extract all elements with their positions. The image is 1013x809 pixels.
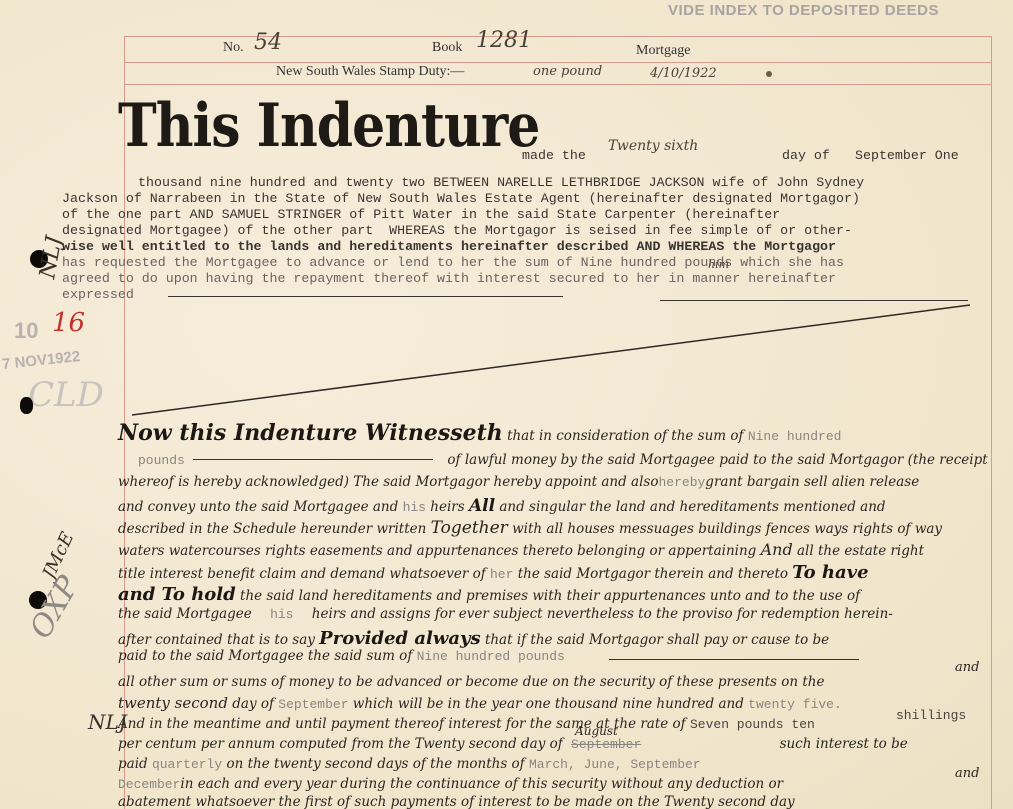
- deco-word: Provided always: [319, 628, 480, 649]
- witnesseth-line-8: and To hold the said land hereditaments …: [118, 584, 998, 605]
- and-1: and: [955, 660, 979, 675]
- text: paid: [118, 756, 148, 772]
- text: waters watercourses rights easements and…: [118, 543, 756, 559]
- text: with all houses messuages buildings fenc…: [512, 521, 942, 537]
- witnesseth-line-15: per centum per annum computed from the T…: [118, 736, 998, 752]
- cancellation-line: [120, 295, 990, 425]
- witnesseth-line-18: abatement whatsoever the first of such p…: [118, 794, 998, 809]
- vide-index-stamp: VIDE INDEX TO DEPOSITED DEEDS: [668, 2, 939, 19]
- book-value: 1281: [476, 28, 532, 53]
- typed-pounds: pounds: [138, 453, 185, 468]
- witnesseth-line-5: described in the Schedule hereunder writ…: [118, 518, 998, 538]
- text: day of: [232, 696, 274, 712]
- text: the said Mortgagee: [118, 606, 252, 622]
- text: after contained that is to say: [118, 632, 315, 648]
- text: in each and every year during the contin…: [180, 776, 783, 792]
- witnesseth-line-3: whereof is hereby acknowledged) The said…: [118, 474, 998, 490]
- made-the-label: made the: [522, 146, 586, 165]
- document-type: Mortgage: [636, 43, 690, 59]
- deco-word: All: [469, 496, 495, 516]
- grey-signature: CLD: [28, 375, 104, 415]
- text: such interest to be: [780, 736, 908, 752]
- typed: her: [490, 567, 513, 582]
- text: described in the Schedule hereunder writ…: [118, 521, 426, 537]
- ink-blot: [766, 71, 772, 77]
- text: that if the said Mortgagor shall pay or …: [485, 632, 829, 648]
- text: the said land hereditaments and premises…: [240, 588, 860, 604]
- typed: March, June, September: [529, 757, 701, 772]
- text: and singular the land and hereditaments …: [499, 499, 885, 515]
- deco-word: And: [761, 540, 793, 559]
- witnesseth-line-10: after contained that is to say Provided …: [118, 628, 998, 649]
- witnesseth-line-12: all other sum or sums of money to be adv…: [118, 674, 998, 690]
- witnesseth-line-7: title interest benefit claim and demand …: [118, 562, 998, 583]
- typed: quarterly: [152, 757, 222, 772]
- text: and convey unto the said Mortgagee and: [118, 499, 398, 515]
- text: heirs and assigns for ever subject never…: [312, 606, 893, 622]
- handwritten-correction: August: [575, 724, 618, 738]
- indenture-heading: This Indenture: [118, 91, 539, 161]
- book-label: Book: [432, 40, 462, 56]
- typed-amount: Nine hundred: [748, 429, 842, 444]
- witnesseth-line-17: Decemberin each and every year during th…: [118, 776, 998, 792]
- typed: hereby: [658, 475, 705, 490]
- deco-word: To have: [792, 562, 868, 583]
- header-rule-bottom: [124, 84, 992, 85]
- deco-word: Together: [431, 518, 508, 538]
- text: on the twenty second days of the months …: [226, 756, 524, 772]
- typed: September: [278, 697, 348, 712]
- text: title interest benefit claim and demand …: [118, 566, 486, 582]
- deco-word: and To hold: [118, 584, 236, 605]
- witnesseth-line-14: And in the meantime and until payment th…: [118, 716, 998, 732]
- typed: his: [403, 500, 426, 515]
- witnesseth-heading: Now this Indenture Witnesseth: [118, 420, 503, 446]
- text: abatement whatsoever the first of such p…: [118, 794, 795, 809]
- text: grant bargain sell alien release: [705, 474, 919, 490]
- text: paid to the said Mortgagee the said sum …: [118, 648, 412, 664]
- witnesseth-line-11: paid to the said Mortgagee the said sum …: [118, 648, 998, 664]
- text: heirs: [430, 499, 464, 515]
- witnesseth-line-2: pounds of lawful money by the said Mortg…: [118, 452, 998, 468]
- recital-line-7: agreed to do upon having the repayment t…: [62, 269, 836, 288]
- stamp-duty-label: New South Wales Stamp Duty:—: [276, 64, 464, 80]
- text: per centum per annum computed from the T…: [118, 736, 563, 752]
- day-handwritten: Twenty sixth: [608, 138, 698, 154]
- stamp-duty-date: 4/10/1922: [650, 66, 717, 81]
- typed: Seven pounds ten: [690, 717, 815, 732]
- margin-initials-3: NLJ: [88, 710, 127, 734]
- month-year-start: September One: [855, 146, 959, 165]
- text: which will be in the year one thousand n…: [353, 696, 744, 712]
- text: twenty second: [118, 694, 228, 712]
- typed: his: [270, 607, 293, 622]
- recital-correction: him: [708, 258, 729, 271]
- text: whereof is hereby acknowledged) The said…: [118, 474, 658, 490]
- no-label: No.: [223, 40, 244, 56]
- typed: twenty five.: [748, 697, 842, 712]
- typed: December: [118, 777, 180, 792]
- witnesseth-line-4: and convey unto the said Mortgagee and h…: [118, 496, 998, 516]
- typed: Nine hundred pounds: [417, 649, 565, 664]
- witnesseth-line-9: the said Mortgagee his heirs and assigns…: [118, 606, 998, 622]
- witnesseth-line-1: Now this Indenture Witnesseth that in co…: [118, 420, 998, 446]
- date-stamp: 7 NOV1922: [1, 348, 81, 373]
- text: all other sum or sums of money to be adv…: [118, 674, 824, 690]
- witnesseth-line-16: paid quarterly on the twenty second days…: [118, 756, 998, 772]
- no-value: 54: [254, 30, 282, 55]
- stamp-duty-amount: one pound: [533, 64, 602, 79]
- folio-red: 16: [52, 308, 85, 338]
- binding-hole-2: [20, 397, 33, 414]
- folio-stamp: 10: [14, 318, 38, 344]
- day-of-label: day of: [782, 146, 830, 165]
- text: of lawful money by the said Mortgagee pa…: [447, 452, 987, 468]
- text: the said Mortgagor therein and thereto: [518, 566, 788, 582]
- witnesseth-line-6: waters watercourses rights easements and…: [118, 540, 998, 559]
- header-rule-mid: [124, 62, 992, 63]
- witnesseth-line-13: twenty second day of September which wil…: [118, 694, 998, 712]
- struck-text: September: [571, 737, 641, 752]
- text: all the estate right: [797, 543, 924, 559]
- text: that in consideration of the sum of: [507, 428, 743, 444]
